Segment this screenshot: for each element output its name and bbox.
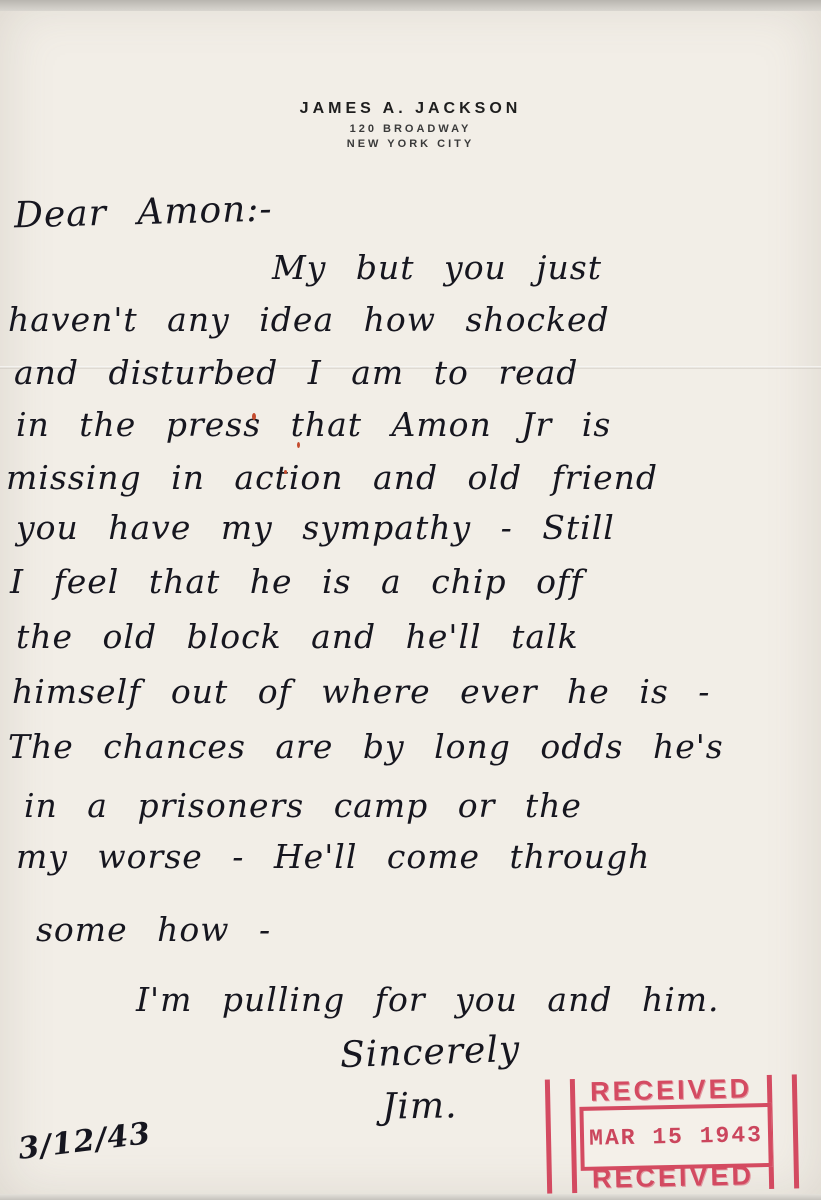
date-annotation: 3/12/43 [16, 1116, 153, 1167]
body-line: in a prisoners camp or the [24, 786, 582, 825]
body-line: The chances are by long odds he's [8, 727, 724, 766]
body-line: himself out of where ever he is - [12, 672, 710, 711]
scan-edge-top [0, 0, 821, 11]
stamp-word-received-bottom: RECEIVED [569, 1160, 778, 1195]
body-line: in the press that Amon Jr is [16, 405, 611, 444]
letter-page: JAMES A. JACKSON 120 BROADWAY NEW YORK C… [0, 0, 821, 1200]
body-line: some how - [36, 910, 271, 949]
body-line: I'm pulling for you and him. [136, 980, 720, 1019]
body-line: haven't any idea how shocked [8, 300, 610, 339]
red-ink-speck [297, 442, 300, 448]
scan-edge-bottom [0, 1194, 821, 1200]
body-line: I feel that he is a chip off [10, 562, 583, 601]
signature: Jim. [382, 1085, 458, 1127]
letterhead-address: 120 BROADWAY [0, 123, 821, 135]
body-line: My but you just [272, 248, 602, 287]
letterhead-name: JAMES A. JACKSON [0, 100, 821, 118]
body-line: missing in action and old friend [6, 458, 658, 497]
red-ink-speck [284, 470, 287, 474]
body-line: you have my sympathy - Still [16, 508, 615, 547]
closing: Sincerely [339, 1029, 521, 1076]
body-line: and disturbed I am to read [14, 353, 578, 392]
salutation: Dear Amon:- [14, 189, 274, 237]
letterhead-city: NEW YORK CITY [0, 138, 821, 150]
body-line: my worse - He'll come through [16, 837, 650, 876]
letterhead: JAMES A. JACKSON 120 BROADWAY NEW YORK C… [0, 100, 821, 150]
body-line: the old block and he'll talk [16, 617, 579, 656]
received-date-stamp: RECEIVED MAR 15 1943 RECEIVED [545, 1072, 799, 1195]
stamp-date: MAR 15 1943 [589, 1122, 763, 1152]
red-ink-speck [252, 413, 256, 420]
